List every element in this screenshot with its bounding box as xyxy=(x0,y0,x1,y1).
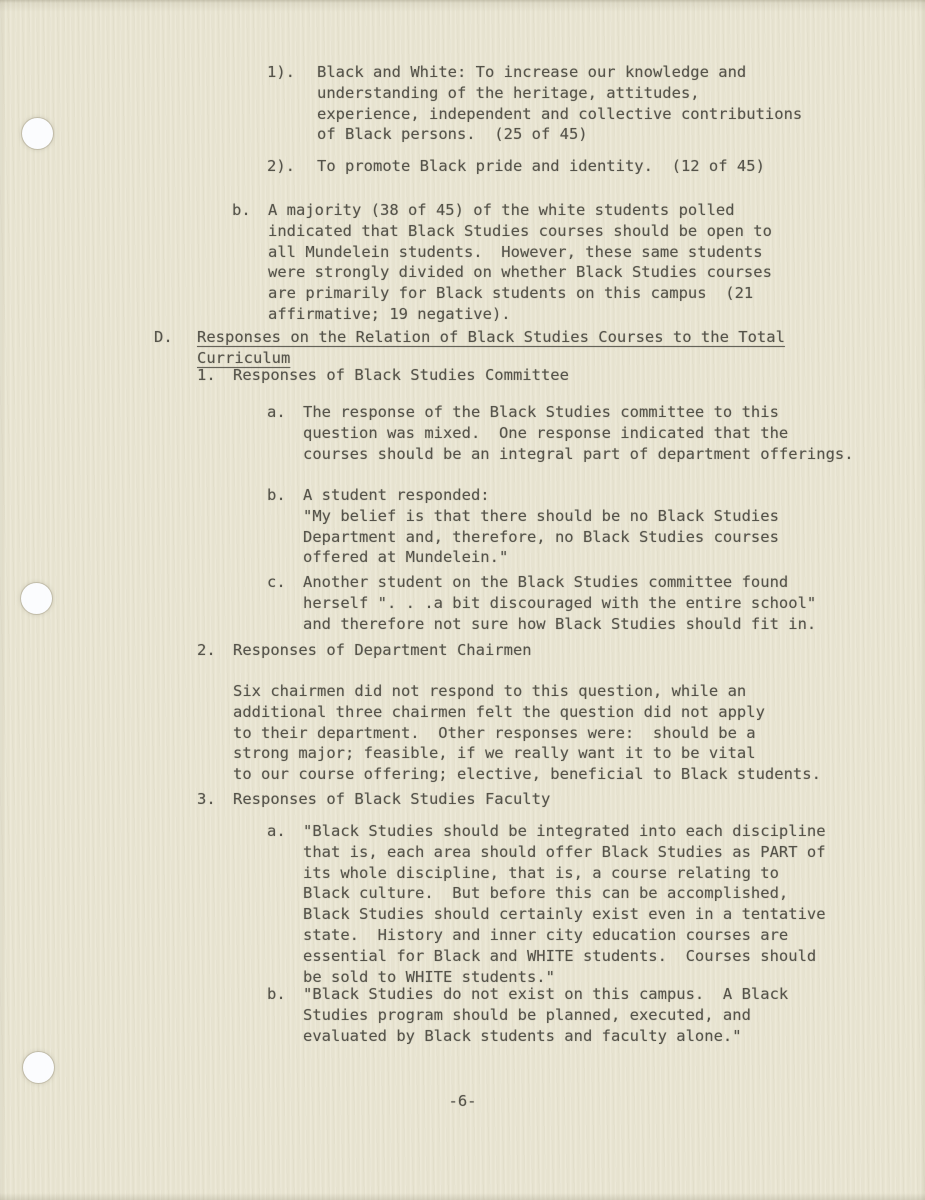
subsection-1b-text: A student responded: "My belief is that … xyxy=(303,485,883,568)
subsection-3b-marker: b. xyxy=(267,984,286,1005)
subsection-2-marker: 2. xyxy=(197,640,216,661)
subsection-1b-marker: b. xyxy=(267,485,286,506)
section-d-marker: D. xyxy=(154,327,173,348)
list-item-1-marker: 1). xyxy=(267,62,295,83)
punch-hole-bottom xyxy=(23,1052,54,1083)
subsection-3a-text: "Black Studies should be integrated into… xyxy=(303,821,883,987)
subsection-2-title: Responses of Department Chairmen xyxy=(233,640,793,661)
subsection-3b-text: "Black Studies do not exist on this camp… xyxy=(303,984,883,1046)
subsection-1a-text: The response of the Black Studies commit… xyxy=(303,402,883,464)
subsection-2-paragraph: Six chairmen did not respond to this que… xyxy=(233,681,853,785)
list-item-b-marker: b. xyxy=(232,200,251,221)
punch-hole-top xyxy=(22,118,53,149)
page-number: -6- xyxy=(0,1091,925,1112)
subsection-3-title: Responses of Black Studies Faculty xyxy=(233,789,793,810)
list-item-2-marker: 2). xyxy=(267,156,295,177)
subsection-1c-marker: c. xyxy=(267,572,286,593)
punch-hole-middle xyxy=(21,583,52,614)
list-item-b-text: A majority (38 of 45) of the white stude… xyxy=(268,200,828,325)
subsection-3a-marker: a. xyxy=(267,821,286,842)
subsection-1-title: Responses of Black Studies Committee xyxy=(233,365,793,386)
subsection-1a-marker: a. xyxy=(267,402,286,423)
list-item-1-text: Black and White: To increase our knowled… xyxy=(317,62,857,145)
subsection-1-marker: 1. xyxy=(197,365,216,386)
list-item-2-text: To promote Black pride and identity. (12… xyxy=(317,156,857,177)
subsection-1c-text: Another student on the Black Studies com… xyxy=(303,572,883,634)
subsection-3-marker: 3. xyxy=(197,789,216,810)
section-d-heading: Responses on the Relation of Black Studi… xyxy=(197,327,817,369)
document-page: 1). Black and White: To increase our kno… xyxy=(0,0,925,1200)
